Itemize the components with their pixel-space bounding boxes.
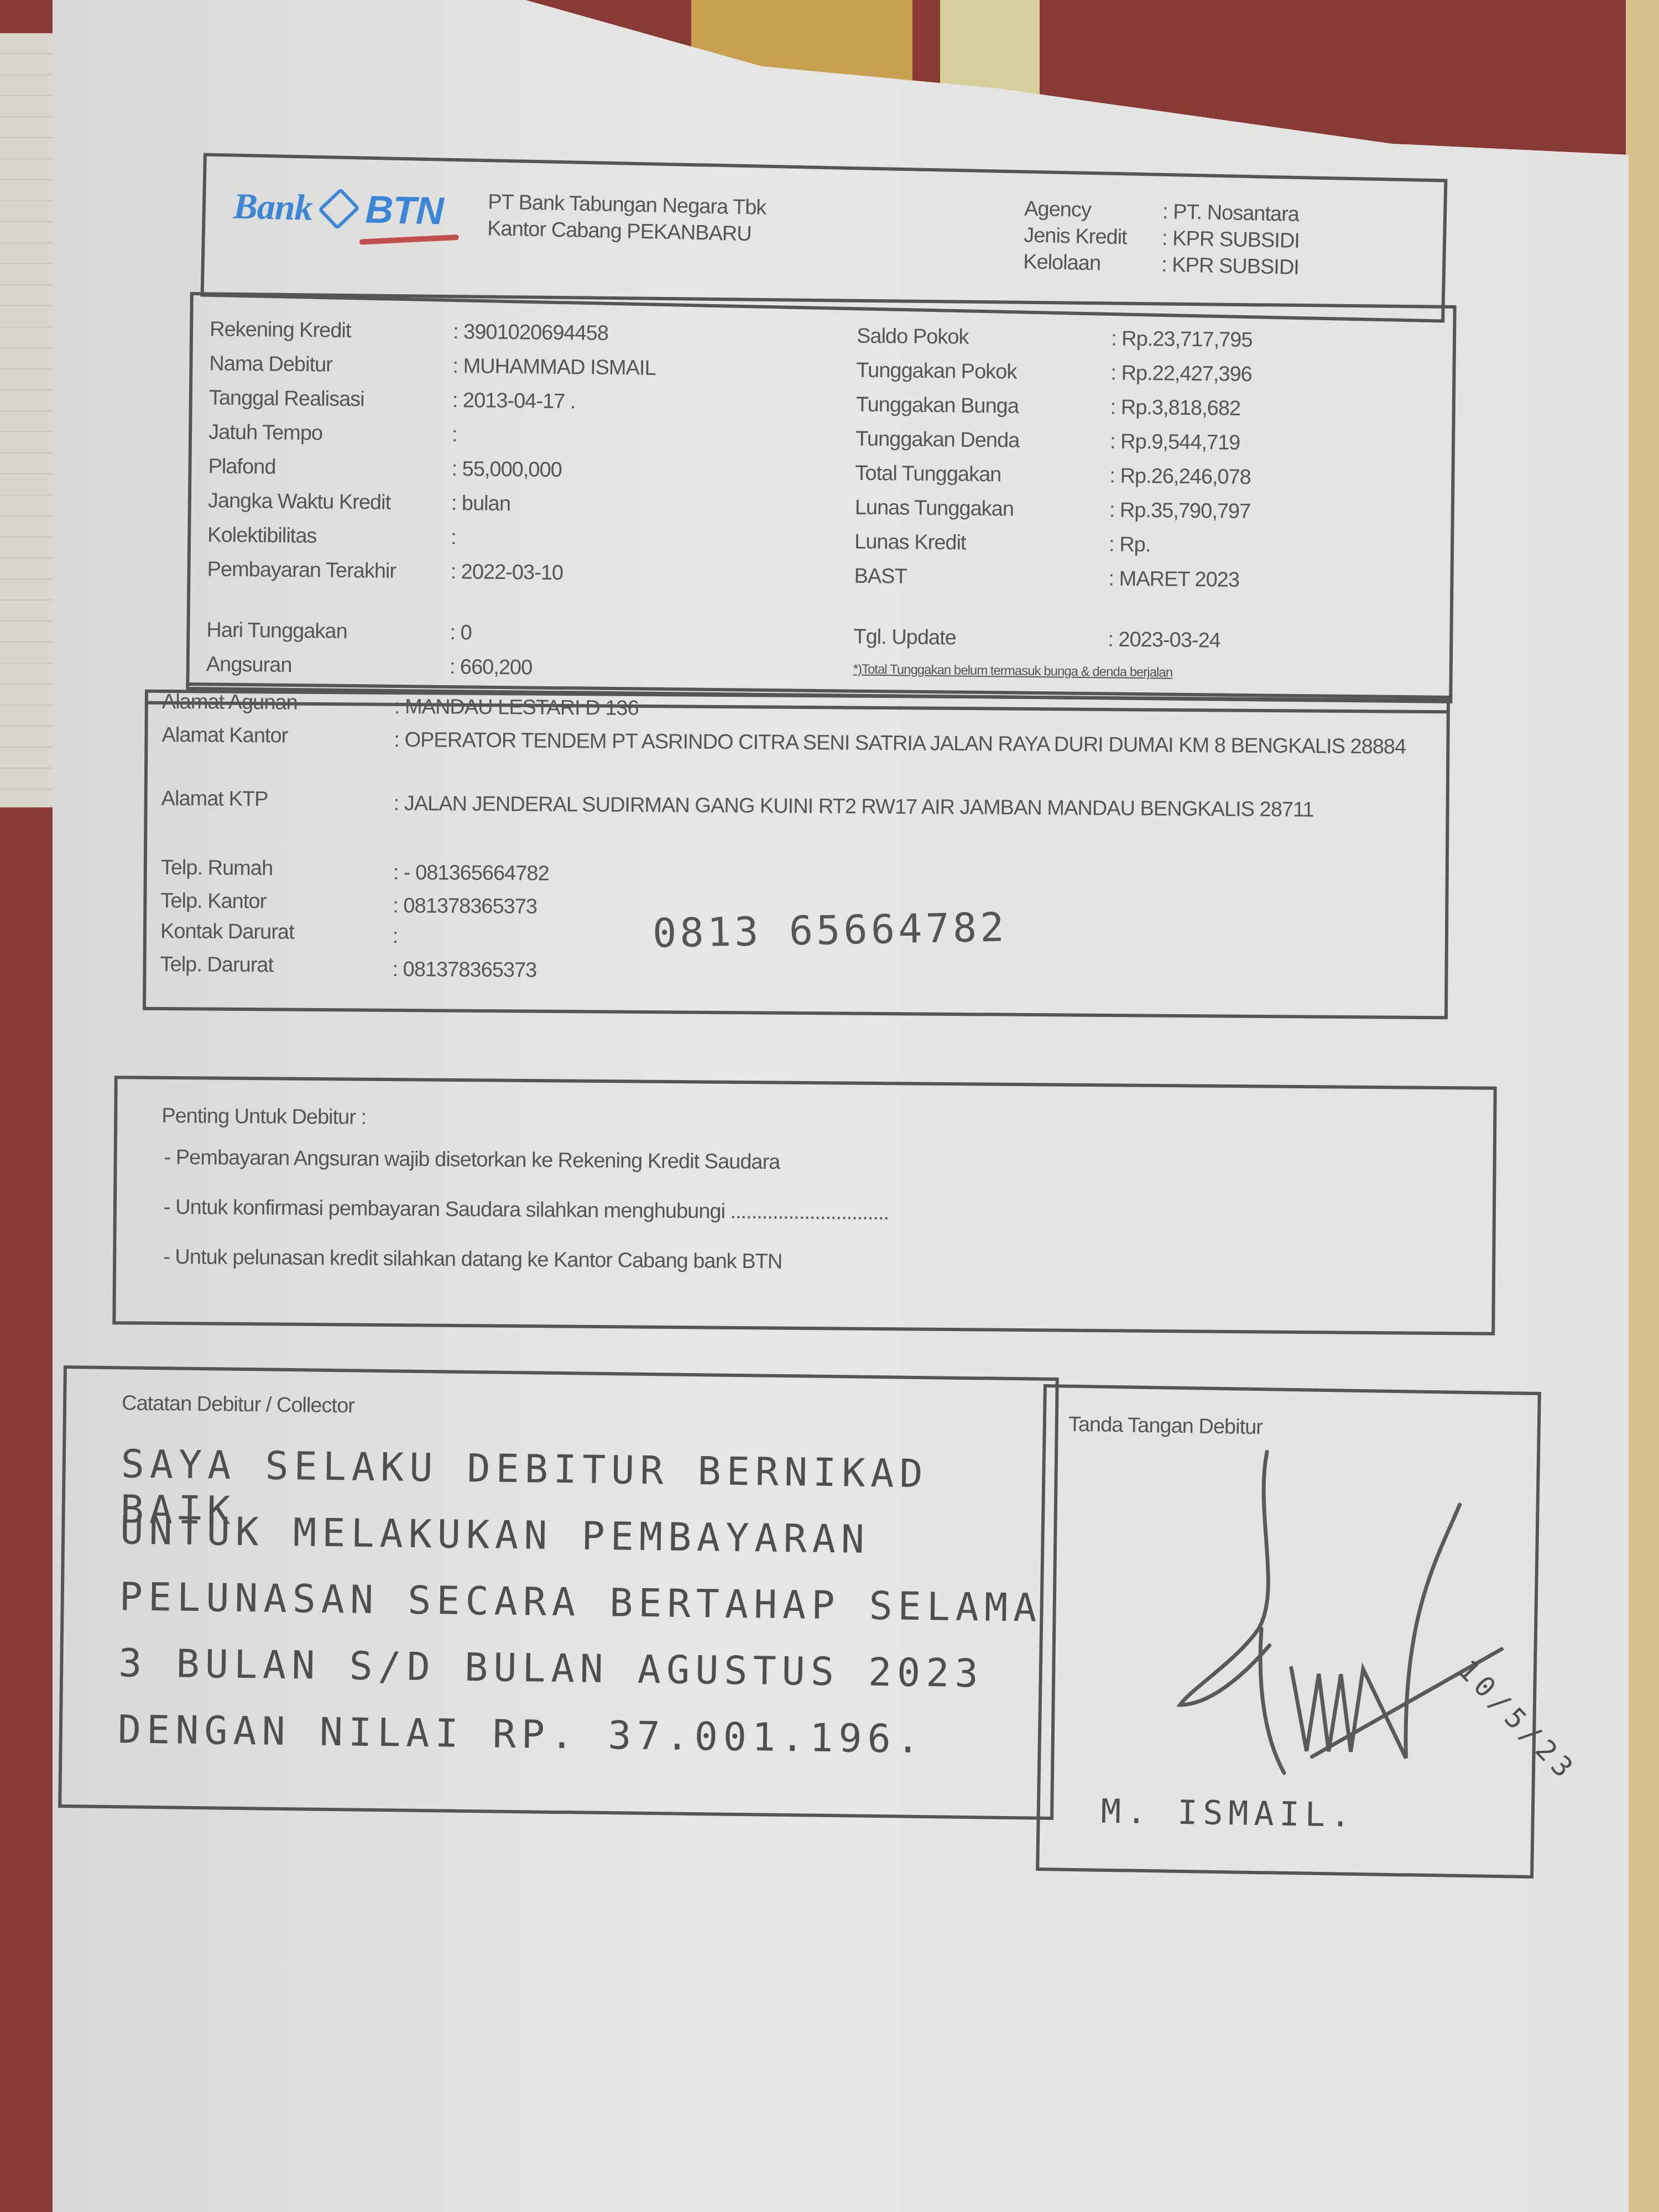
field-label: Lunas Tunggakan xyxy=(855,496,1109,523)
signature-box: Tanda Tangan Debitur 10/5/23 M. ISMAIL. xyxy=(1036,1384,1541,1879)
bank-logo: Bank BTN xyxy=(233,185,444,233)
address-box: Alamat Agunan: MANDAU LESTARI D 136 Alam… xyxy=(143,690,1450,1019)
account-field-row: Saldo Pokok: Rp.23,717,795 xyxy=(857,325,1253,363)
field-value: : MARET 2023 xyxy=(1108,567,1239,592)
account-field-row: Tunggakan Pokok: Rp.22,427,396 xyxy=(856,359,1252,397)
field-value: : Rp.9,544,719 xyxy=(1110,430,1240,455)
signature-name: M. ISMAIL. xyxy=(1100,1792,1356,1835)
field-label: Total Tunggakan xyxy=(855,462,1109,488)
account-field-row: Total Tunggakan: Rp.26,246,078 xyxy=(855,462,1251,500)
field-label: Tunggakan Denda xyxy=(855,427,1110,454)
field-value: : 0 xyxy=(450,621,472,645)
alamat-ktp-label: Alamat KTP xyxy=(161,787,393,818)
telp-kantor-label: Telp. Kantor xyxy=(160,889,393,921)
field-value: : Rp.23,717,795 xyxy=(1111,327,1253,352)
kontak-darurat-label: Kontak Darurat xyxy=(160,920,393,951)
field-value: : 55,000,000 xyxy=(451,457,562,482)
important-box: Penting Untuk Debitur : - Pembayaran Ang… xyxy=(112,1076,1496,1335)
important-item: - Untuk konfirmasi pembayaran Saudara si… xyxy=(164,1196,889,1225)
field-label: Hari Tunggakan xyxy=(206,618,450,645)
field-label: BAST xyxy=(854,565,1108,591)
handwritten-note-line: PELUNASAN SECARA BERTAHAP SELAMA xyxy=(119,1574,1042,1630)
telp-rumah-label: Telp. Rumah xyxy=(161,856,393,888)
field-value: : Rp. xyxy=(1109,533,1151,557)
account-field-row: Tunggakan Bunga: Rp.3,818,682 xyxy=(855,393,1251,431)
field-label: Pembayaran Terakhir xyxy=(207,557,450,584)
field-value: : Rp.26,246,078 xyxy=(1109,464,1251,489)
field-value: : bulan xyxy=(451,492,511,516)
signature-title: Tanda Tangan Debitur xyxy=(1068,1413,1262,1440)
field-value: : 2022-03-10 xyxy=(450,560,563,585)
field-value: : MUHAMMAD ISMAIL xyxy=(452,354,656,380)
account-field-row: Jatuh Tempo: xyxy=(208,420,655,459)
field-label: Saldo Pokok xyxy=(857,325,1111,351)
account-right-column: Saldo Pokok: Rp.23,717,795Tunggakan Poko… xyxy=(853,325,1253,664)
field-value: : xyxy=(452,423,457,447)
notes-box: Catatan Debitur / Collector SAYA SELAKU … xyxy=(58,1365,1059,1820)
field-label: Nama Debitur xyxy=(209,352,452,378)
handwritten-note-line: DENGAN NILAI RP. 37.001.196. xyxy=(117,1707,925,1762)
account-field-row: Hari Tunggakan: 0 xyxy=(206,618,653,657)
account-field-row: Jangka Waktu Kredit: bulan xyxy=(207,489,654,528)
alamat-ktp-row: Alamat KTP: JALAN JENDERAL SUDIRMAN GANG… xyxy=(161,787,1416,826)
alamat-ktp-value: : JALAN JENDERAL SUDIRMAN GANG KUINI RT2… xyxy=(393,789,1416,826)
background-notebook xyxy=(0,33,61,807)
field-value: : 2013-04-17 . xyxy=(452,389,576,414)
field-value: : xyxy=(451,526,456,550)
account-field-row: Kolektibilitas: xyxy=(207,523,654,562)
logo-bank-text: Bank xyxy=(233,186,312,229)
field-label: Kolektibilitas xyxy=(207,523,451,550)
account-field-row: Tunggakan Denda: Rp.9,544,719 xyxy=(855,427,1251,466)
field-label: Tanggal Realisasi xyxy=(209,386,452,413)
account-left-column: Rekening Kredit: 3901020694458Nama Debit… xyxy=(206,317,656,691)
field-label: Tunggakan Pokok xyxy=(856,359,1110,385)
important-item: - Untuk pelunasan kredit silahkan datang… xyxy=(163,1245,782,1274)
telp-rumah-row: Telp. Rumah: - 081365664782 xyxy=(161,856,1416,895)
account-field-row: Lunas Kredit: Rp. xyxy=(854,530,1250,568)
field-label: Jatuh Tempo xyxy=(208,420,452,447)
logo-btn-text: BTN xyxy=(365,187,444,233)
field-value: : Rp.22,427,396 xyxy=(1110,361,1252,387)
telp-rumah-value: : - 081365664782 xyxy=(393,858,1416,895)
important-item: - Pembayaran Angsuran wajib disetorkan k… xyxy=(164,1146,780,1175)
field-value: : 660,200 xyxy=(450,655,533,680)
handwritten-phone: 0813 65664782 xyxy=(652,904,1008,956)
account-field-row: Nama Debitur: MUHAMMAD ISMAIL xyxy=(209,352,656,390)
field-value: : Rp.35,790,797 xyxy=(1109,498,1251,524)
telp-darurat-row: Telp. Darurat: 081378365373 xyxy=(160,953,1415,992)
jenis-kredit-value: : KPR SUBSIDI xyxy=(1162,225,1300,254)
field-label: Tgl. Update xyxy=(853,625,1108,652)
alamat-kantor-label: Alamat Kantor xyxy=(161,723,394,755)
footnote: *)Total Tunggakan belum termasuk bunga &… xyxy=(853,662,1173,681)
branch-name: Kantor Cabang PEKANBARU xyxy=(487,215,766,248)
agency-label: Agency xyxy=(1024,196,1163,225)
field-label: Rekening Kredit xyxy=(210,317,453,344)
field-label: Jangka Waktu Kredit xyxy=(208,489,451,515)
background-table-edge xyxy=(1626,0,1659,2212)
kelolaan-value: : KPR SUBSIDI xyxy=(1161,252,1300,281)
field-label: Plafond xyxy=(208,455,451,481)
account-field-row: BAST: MARET 2023 xyxy=(854,565,1250,629)
signature-scribble-icon xyxy=(1124,1444,1516,1793)
important-title: Penting Untuk Debitur : xyxy=(161,1104,366,1130)
jenis-kredit-label: Jenis Kredit xyxy=(1024,222,1162,252)
field-label: Lunas Kredit xyxy=(854,530,1109,557)
account-data-box: Rekening Kredit: 3901020694458Nama Debit… xyxy=(186,292,1456,703)
handwritten-note-line: UNTUK MELAKUKAN PEMBAYARAN xyxy=(120,1507,870,1562)
account-field-row: Pembayaran Terakhir: 2022-03-10 xyxy=(207,557,654,623)
telp-darurat-value: : 081378365373 xyxy=(392,954,1415,992)
telp-darurat-label: Telp. Darurat xyxy=(160,953,392,984)
btn-house-icon xyxy=(317,187,359,229)
account-field-row: Tgl. Update: 2023-03-24 xyxy=(853,625,1249,664)
field-label: Angsuran xyxy=(206,653,450,679)
account-field-row: Rekening Kredit: 3901020694458 xyxy=(210,317,656,356)
account-field-row: Lunas Tunggakan: Rp.35,790,797 xyxy=(854,496,1250,534)
account-field-row: Plafond: 55,000,000 xyxy=(208,455,655,493)
field-value: : 3901020694458 xyxy=(453,320,608,346)
field-label: Tunggakan Bunga xyxy=(856,393,1110,420)
kelolaan-label: Kelolaan xyxy=(1023,249,1162,278)
agency-value: : PT. Nosantara xyxy=(1162,199,1300,228)
field-value: : Rp.3,818,682 xyxy=(1110,395,1241,420)
field-value: : 2023-03-24 xyxy=(1108,628,1220,653)
account-field-row: Tanggal Realisasi: 2013-04-17 . xyxy=(208,386,655,425)
notes-title: Catatan Debitur / Collector xyxy=(122,1391,354,1418)
header-meta: Agency: PT. Nosantara Jenis Kredit: KPR … xyxy=(1023,196,1301,281)
alamat-kantor-value: : OPERATOR TENDEM PT ASRINDO CITRA SENI … xyxy=(394,725,1417,762)
organization: PT Bank Tabungan Negara Tbk Kantor Caban… xyxy=(487,189,766,248)
handwritten-note-line: 3 BULAN S/D BULAN AGUSTUS 2023 xyxy=(118,1640,984,1696)
alamat-kantor-row: Alamat Kantor: OPERATOR TENDEM PT ASRIND… xyxy=(161,723,1417,762)
